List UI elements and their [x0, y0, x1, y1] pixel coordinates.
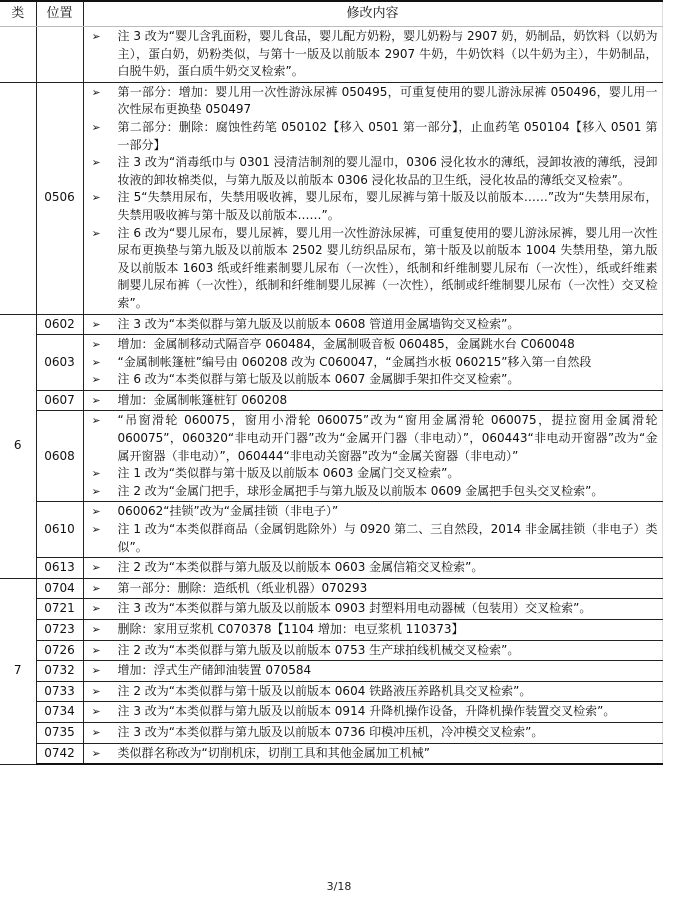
item-text: 注 5“失禁用尿布，失禁用吸收裤，婴儿尿布，婴儿尿裤与第十版及以前版本……”改为… — [118, 189, 658, 224]
table-row: 0506➢第一部分：增加：婴儿用一次性游泳尿裤 050495，可重复使用的婴儿游… — [0, 82, 662, 314]
arrow-bullet-icon: ➢ — [90, 465, 118, 483]
arrow-bullet-icon: ➢ — [90, 683, 118, 701]
table-row: 0613➢注 2 改为“本类似群与第九版及以前版本 0603 金属信箱交叉检索”… — [0, 558, 662, 579]
content-cell: ➢060062“挂锁”改为“金属挂锁（非电子）”➢注 1 改为“本类似群商品（金… — [83, 502, 662, 558]
class-cell — [0, 27, 36, 83]
item-text: “金属制帐篷桩”编号由 060208 改为 C060047，“金属挡水板 060… — [118, 354, 658, 372]
arrow-bullet-icon: ➢ — [90, 703, 118, 721]
item-text: 注 2 改为“金属门把手，球形金属把手与第九版及以前版本 0609 金属把手包头… — [118, 483, 658, 501]
item-text: 注 1 改为“类似群与第十版及以前版本 0603 金属门交叉检索”。 — [118, 465, 658, 483]
table-row: 0735➢注 3 改为“本类似群与第九版及以前版本 0736 印模冲压机，冷冲模… — [0, 722, 662, 743]
arrow-bullet-icon: ➢ — [90, 600, 118, 618]
content-cell: ➢增加：金属制移动式隔音亭 060484，金属制吸音板 060485，金属跳水台… — [83, 335, 662, 391]
content-cell: ➢第一部分：删除：造纸机（纸业机器）070293 — [83, 578, 662, 599]
item-text: 注 2 改为“本类似群与第十版及以前版本 0604 铁路液压养路机具交叉检索”。 — [118, 683, 658, 701]
arrow-bullet-icon: ➢ — [90, 559, 118, 577]
arrow-bullet-icon: ➢ — [90, 580, 118, 598]
table-row: 70704➢第一部分：删除：造纸机（纸业机器）070293 — [0, 578, 662, 599]
arrow-bullet-icon: ➢ — [90, 336, 118, 354]
item-text: 第一部分：删除：造纸机（纸业机器）070293 — [118, 580, 658, 598]
position-cell: 0742 — [36, 743, 83, 764]
item-text: 增加：金属制移动式隔音亭 060484，金属制吸音板 060485，金属跳水台 … — [118, 336, 658, 354]
header-content: 修改内容 — [83, 1, 662, 27]
table-row: 0742➢类似群名称改为“切削机床，切削工具和其他金属加工机械” — [0, 743, 662, 764]
header-position: 位置 — [36, 1, 83, 27]
position-cell: 0734 — [36, 702, 83, 723]
content-cell: ➢增加：金属制帐篷桩钉 060208 — [83, 390, 662, 411]
content-cell: ➢注 2 改为“本类似群与第十版及以前版本 0604 铁路液压养路机具交叉检索”… — [83, 681, 662, 702]
content-cell: ➢注 3 改为“本类似群与第九版及以前版本 0608 管道用金属墙钩交叉检索”。 — [83, 314, 662, 335]
item-text: 注 3 改为“本类似群与第九版及以前版本 0914 升降机操作设备，升降机操作装… — [118, 703, 658, 721]
table-body: ➢注 3 改为“婴儿含乳面粉，婴儿食品，婴儿配方奶粉，婴儿奶粉与 2907 奶，… — [0, 27, 662, 765]
list-item: ➢类似群名称改为“切削机床，切削工具和其他金属加工机械” — [90, 745, 658, 763]
position-cell: 0704 — [36, 578, 83, 599]
arrow-bullet-icon: ➢ — [90, 503, 118, 521]
arrow-bullet-icon: ➢ — [90, 662, 118, 680]
list-item: ➢注 2 改为“本类似群与第十版及以前版本 0604 铁路液压养路机具交叉检索”… — [90, 683, 658, 701]
list-item: ➢注 2 改为“本类似群与第九版及以前版本 0753 生产球拍线机械交叉检索”。 — [90, 642, 658, 660]
table-row: 0603➢增加：金属制移动式隔音亭 060484，金属制吸音板 060485，金… — [0, 335, 662, 391]
item-text: 060062“挂锁”改为“金属挂锁（非电子）” — [118, 503, 658, 521]
item-text: 第二部分：删除：腐蚀性药笔 050102【移入 0501 第一部分】，止血药笔 … — [118, 119, 658, 154]
arrow-bullet-icon: ➢ — [90, 483, 118, 501]
arrow-bullet-icon: ➢ — [90, 621, 118, 639]
content-cell: ➢注 3 改为“婴儿含乳面粉，婴儿食品，婴儿配方奶粉，婴儿奶粉与 2907 奶，… — [83, 27, 662, 83]
list-item: ➢增加：金属制移动式隔音亭 060484，金属制吸音板 060485，金属跳水台… — [90, 336, 658, 354]
position-cell — [36, 27, 83, 83]
arrow-bullet-icon: ➢ — [90, 371, 118, 389]
list-item: ➢第二部分：删除：腐蚀性药笔 050102【移入 0501 第一部分】，止血药笔… — [90, 119, 658, 154]
content-cell: ➢注 3 改为“本类似群与第九版及以前版本 0914 升降机操作设备，升降机操作… — [83, 702, 662, 723]
list-item: ➢注 6 改为“本类似群与第七版及以前版本 0607 金属脚手架扣件交叉检索”。 — [90, 371, 658, 389]
item-text: 注 6 改为“婴儿尿布，婴儿尿裤，婴儿用一次性游泳尿裤，可重复使用的婴儿游泳尿裤… — [118, 225, 658, 313]
table-row: 0608➢“吊窗滑轮 060075，窗用小滑轮 060075”改为“窗用金属滑轮… — [0, 411, 662, 502]
list-item: ➢第一部分：增加：婴儿用一次性游泳尿裤 050495，可重复使用的婴儿游泳尿裤 … — [90, 84, 658, 119]
position-cell: 0732 — [36, 661, 83, 682]
class-cell: 7 — [0, 578, 36, 764]
position-cell: 0613 — [36, 558, 83, 579]
arrow-bullet-icon: ➢ — [90, 724, 118, 742]
list-item: ➢注 5“失禁用尿布，失禁用吸收裤，婴儿尿布，婴儿尿裤与第十版及以前版本……”改… — [90, 189, 658, 224]
list-item: ➢060062“挂锁”改为“金属挂锁（非电子）” — [90, 503, 658, 521]
arrow-bullet-icon: ➢ — [90, 521, 118, 539]
item-text: 注 1 改为“本类似群商品（金属钥匙除外）与 0920 第二、三自然段，2014… — [118, 521, 658, 556]
position-cell: 0723 — [36, 620, 83, 641]
list-item: ➢注 2 改为“本类似群与第九版及以前版本 0603 金属信箱交叉检索”。 — [90, 559, 658, 577]
item-text: 增加：金属制帐篷桩钉 060208 — [118, 392, 658, 410]
content-cell: ➢“吊窗滑轮 060075，窗用小滑轮 060075”改为“窗用金属滑轮 060… — [83, 411, 662, 502]
item-text: “吊窗滑轮 060075，窗用小滑轮 060075”改为“窗用金属滑轮 0600… — [118, 412, 658, 465]
table-row: 0610➢060062“挂锁”改为“金属挂锁（非电子）”➢注 1 改为“本类似群… — [0, 502, 662, 558]
amendment-table: 类 位置 修改内容 ➢注 3 改为“婴儿含乳面粉，婴儿食品，婴儿配方奶粉，婴儿奶… — [0, 0, 663, 765]
list-item: ➢注 3 改为“本类似群与第九版及以前版本 0914 升降机操作设备，升降机操作… — [90, 703, 658, 721]
item-text: 注 3 改为“本类似群与第九版及以前版本 0903 封塑料用电动器械（包装用）交… — [118, 600, 658, 618]
table-row: 0732➢增加：浮式生产储卸油装置 070584 — [0, 661, 662, 682]
arrow-bullet-icon: ➢ — [90, 225, 118, 243]
arrow-bullet-icon: ➢ — [90, 84, 118, 102]
table-row: 0734➢注 3 改为“本类似群与第九版及以前版本 0914 升降机操作设备，升… — [0, 702, 662, 723]
list-item: ➢注 1 改为“本类似群商品（金属钥匙除外）与 0920 第二、三自然段，201… — [90, 521, 658, 556]
item-text: 注 6 改为“本类似群与第七版及以前版本 0607 金属脚手架扣件交叉检索”。 — [118, 371, 658, 389]
position-cell: 0603 — [36, 335, 83, 391]
list-item: ➢注 3 改为“本类似群与第九版及以前版本 0608 管道用金属墙钩交叉检索”。 — [90, 316, 658, 334]
position-cell: 0726 — [36, 640, 83, 661]
item-text: 类似群名称改为“切削机床，切削工具和其他金属加工机械” — [118, 745, 658, 763]
list-item: ➢注 3 改为“本类似群与第九版及以前版本 0736 印模冲压机，冷冲模交叉检索… — [90, 724, 658, 742]
list-item: ➢第一部分：删除：造纸机（纸业机器）070293 — [90, 580, 658, 598]
table-row: ➢注 3 改为“婴儿含乳面粉，婴儿食品，婴儿配方奶粉，婴儿奶粉与 2907 奶，… — [0, 27, 662, 83]
arrow-bullet-icon: ➢ — [90, 745, 118, 763]
list-item: ➢注 1 改为“类似群与第十版及以前版本 0603 金属门交叉检索”。 — [90, 465, 658, 483]
content-cell: ➢注 2 改为“本类似群与第九版及以前版本 0603 金属信箱交叉检索”。 — [83, 558, 662, 579]
item-text: 注 2 改为“本类似群与第九版及以前版本 0603 金属信箱交叉检索”。 — [118, 559, 658, 577]
position-cell: 0607 — [36, 390, 83, 411]
table-row: 0721➢注 3 改为“本类似群与第九版及以前版本 0903 封塑料用电动器械（… — [0, 599, 662, 620]
arrow-bullet-icon: ➢ — [90, 189, 118, 207]
position-cell: 0610 — [36, 502, 83, 558]
item-text: 增加：浮式生产储卸油装置 070584 — [118, 662, 658, 680]
table-header-row: 类 位置 修改内容 — [0, 1, 662, 27]
content-cell: ➢注 3 改为“本类似群与第九版及以前版本 0903 封塑料用电动器械（包装用）… — [83, 599, 662, 620]
list-item: ➢注 6 改为“婴儿尿布，婴儿尿裤，婴儿用一次性游泳尿裤，可重复使用的婴儿游泳尿… — [90, 225, 658, 313]
position-cell: 0602 — [36, 314, 83, 335]
position-cell: 0733 — [36, 681, 83, 702]
position-cell: 0608 — [36, 411, 83, 502]
page-number: 3/18 — [0, 880, 678, 893]
content-cell: ➢删除：家用豆浆机 C070378【1104 增加：电豆浆机 110373】 — [83, 620, 662, 641]
item-text: 注 3 改为“消毒纸巾与 0301 浸清洁制剂的婴儿湿巾，0306 浸化妆水的薄… — [118, 154, 658, 189]
item-text: 第一部分：增加：婴儿用一次性游泳尿裤 050495，可重复使用的婴儿游泳尿裤 0… — [118, 84, 658, 119]
arrow-bullet-icon: ➢ — [90, 154, 118, 172]
arrow-bullet-icon: ➢ — [90, 119, 118, 137]
content-cell: ➢第一部分：增加：婴儿用一次性游泳尿裤 050495，可重复使用的婴儿游泳尿裤 … — [83, 82, 662, 314]
list-item: ➢增加：浮式生产储卸油装置 070584 — [90, 662, 658, 680]
table-row: 60602➢注 3 改为“本类似群与第九版及以前版本 0608 管道用金属墙钩交… — [0, 314, 662, 335]
position-cell: 0735 — [36, 722, 83, 743]
header-class: 类 — [0, 1, 36, 27]
list-item: ➢增加：金属制帐篷桩钉 060208 — [90, 392, 658, 410]
item-text: 注 3 改为“本类似群与第九版及以前版本 0608 管道用金属墙钩交叉检索”。 — [118, 316, 658, 334]
item-text: 注 3 改为“婴儿含乳面粉，婴儿食品，婴儿配方奶粉，婴儿奶粉与 2907 奶，奶… — [118, 28, 658, 81]
arrow-bullet-icon: ➢ — [90, 28, 118, 46]
position-cell: 0721 — [36, 599, 83, 620]
table-row: 0733➢注 2 改为“本类似群与第十版及以前版本 0604 铁路液压养路机具交… — [0, 681, 662, 702]
arrow-bullet-icon: ➢ — [90, 354, 118, 372]
list-item: ➢注 2 改为“金属门把手，球形金属把手与第九版及以前版本 0609 金属把手包… — [90, 483, 658, 501]
item-text: 注 2 改为“本类似群与第九版及以前版本 0753 生产球拍线机械交叉检索”。 — [118, 642, 658, 660]
position-cell: 0506 — [36, 82, 83, 314]
list-item: ➢“吊窗滑轮 060075，窗用小滑轮 060075”改为“窗用金属滑轮 060… — [90, 412, 658, 465]
arrow-bullet-icon: ➢ — [90, 412, 118, 430]
list-item: ➢注 3 改为“婴儿含乳面粉，婴儿食品，婴儿配方奶粉，婴儿奶粉与 2907 奶，… — [90, 28, 658, 81]
table-row: 0726➢注 2 改为“本类似群与第九版及以前版本 0753 生产球拍线机械交叉… — [0, 640, 662, 661]
class-cell — [0, 82, 36, 314]
content-cell: ➢增加：浮式生产储卸油装置 070584 — [83, 661, 662, 682]
list-item: ➢“金属制帐篷桩”编号由 060208 改为 C060047，“金属挡水板 06… — [90, 354, 658, 372]
item-text: 注 3 改为“本类似群与第九版及以前版本 0736 印模冲压机，冷冲模交叉检索”… — [118, 724, 658, 742]
table-row: 0607➢增加：金属制帐篷桩钉 060208 — [0, 390, 662, 411]
list-item: ➢删除：家用豆浆机 C070378【1104 增加：电豆浆机 110373】 — [90, 621, 658, 639]
content-cell: ➢注 2 改为“本类似群与第九版及以前版本 0753 生产球拍线机械交叉检索”。 — [83, 640, 662, 661]
class-cell: 6 — [0, 314, 36, 578]
arrow-bullet-icon: ➢ — [90, 392, 118, 410]
item-text: 删除：家用豆浆机 C070378【1104 增加：电豆浆机 110373】 — [118, 621, 658, 639]
list-item: ➢注 3 改为“消毒纸巾与 0301 浸清洁制剂的婴儿湿巾，0306 浸化妆水的… — [90, 154, 658, 189]
arrow-bullet-icon: ➢ — [90, 316, 118, 334]
content-cell: ➢注 3 改为“本类似群与第九版及以前版本 0736 印模冲压机，冷冲模交叉检索… — [83, 722, 662, 743]
arrow-bullet-icon: ➢ — [90, 642, 118, 660]
content-cell: ➢类似群名称改为“切削机床，切削工具和其他金属加工机械” — [83, 743, 662, 764]
list-item: ➢注 3 改为“本类似群与第九版及以前版本 0903 封塑料用电动器械（包装用）… — [90, 600, 658, 618]
table-row: 0723➢删除：家用豆浆机 C070378【1104 增加：电豆浆机 11037… — [0, 620, 662, 641]
